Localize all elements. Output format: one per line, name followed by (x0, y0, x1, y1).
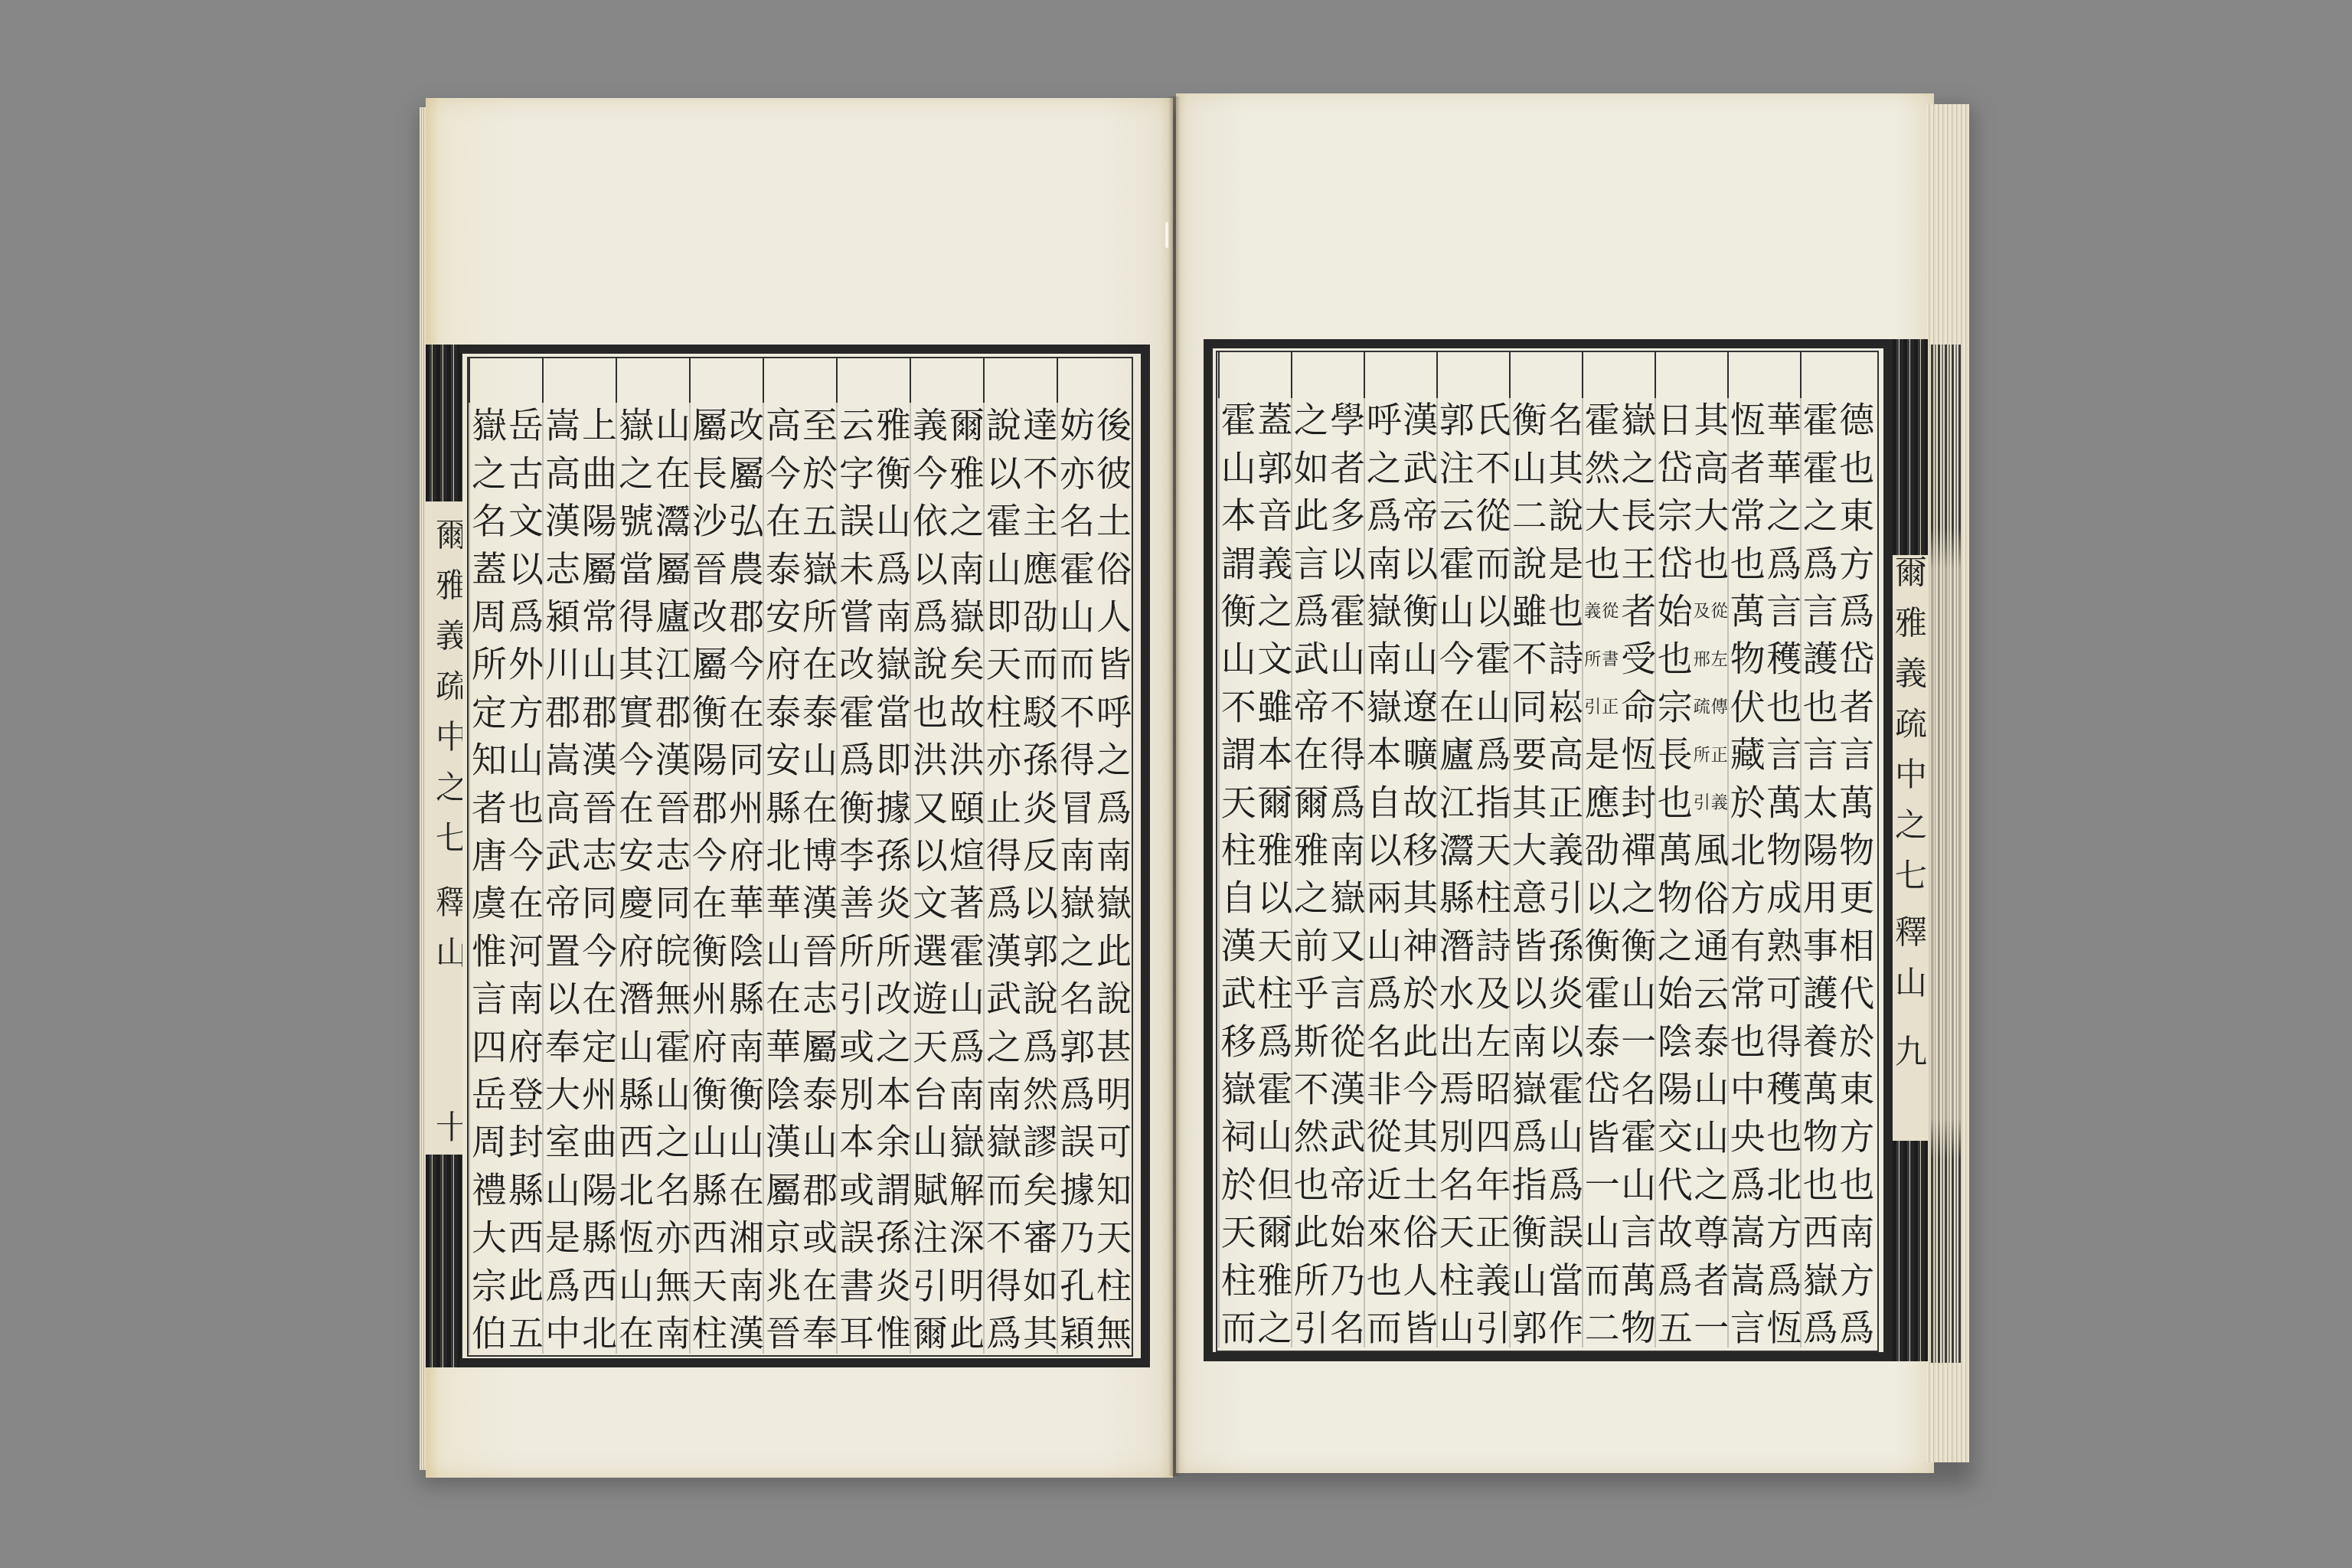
left-page-column-1: 後彼土俗人皆呼之爲南嶽此說甚明可知天柱無 (1093, 407, 1130, 1364)
fold-ink-block-top (1893, 339, 1928, 555)
left-page-column-11: 改屬弘農郡今在同州府華陰縣南衡山在湘南漢 (726, 407, 763, 1364)
right-page-column-18: 霍山本謂衡山不謂天柱自漢武移嶽祠於天柱而 (1218, 401, 1255, 1358)
right-page-column-rules-top (1218, 352, 1873, 398)
note-left-line: 及邢疏所引 (1691, 593, 1709, 831)
column-text: 嶽之號當得其實今在安慶府潛山縣西北恆山在 (616, 407, 652, 1362)
right-page-column-6: 日岱宗岱始也宗長也萬物之始陰陽交代故爲五 (1655, 401, 1691, 1358)
column-text: 華華之爲言穫也言萬物成熟可得穫也北方爲恆 (1763, 401, 1800, 1357)
fold-leaf-number: 九 (1893, 1034, 1926, 1085)
column-text: 云字誤未嘗改霍爲衡李善所引或別本或誤書耳 (836, 407, 873, 1362)
note-left-line: 義所引 (1583, 593, 1600, 736)
right-page-column-5: 其高大也 從左傳正義 及邢疏所引 風俗通云泰山山之尊者一 (1691, 401, 1728, 1358)
column-text: 衡山二說雖不同要其大意皆以南嶽爲指衡山郭 (1509, 401, 1546, 1357)
column-text-after-note: 是應劭以衡霍泰岱皆一山而二 (1582, 736, 1619, 1357)
left-page-column-18: 嶽之名蓋周所定知者唐虞惟言四岳周禮大宗伯 (469, 407, 505, 1364)
left-page-column-10: 高今在泰安府泰安縣北華山在華陰漢屬京兆晉 (763, 407, 799, 1364)
column-text: 學者多以霍山不得爲南嶽又言從漢武帝始乃名 (1327, 401, 1364, 1357)
column-text: 妨亦名霍山而不得冒南嶽之名郭爲誤據乃孔穎 (1057, 407, 1093, 1362)
fold-leaf-number: 十 (432, 1110, 462, 1161)
column-text: 山在灊屬廬江郡漢晉志同皖無霍山之名亦無南 (652, 407, 689, 1362)
right-page-column-9: 名其說是也詩崧高正義引孫炎以霍山爲誤當作 (1546, 401, 1583, 1358)
column-text: 說以霍山即天柱亦止得爲漢武之南嶽而不得爲 (983, 407, 1020, 1362)
left-page-text-columns: 後彼土俗人皆呼之爲南嶽此說甚明可知天柱無 妨亦名霍山而不得冒南嶽之名郭爲誤據乃孔… (469, 407, 1130, 1364)
fold-book-title: 爾雅義疏中之七 (432, 518, 462, 871)
left-page-column-12: 屬長沙晉改屬衡陽郡今在衡州府衡山縣西天柱 (689, 407, 726, 1364)
interlinear-note: 從書正 義所引 (1582, 593, 1618, 736)
column-text: 嶽之長王者受命恆封禪之衡山一名霍山言萬物 (1618, 401, 1655, 1357)
column-text: 德也東方爲岱者言萬物更相代於東方也南方爲 (1836, 401, 1873, 1357)
column-text: 霍山本謂衡山不謂天柱自漢武移嶽祠於天柱而 (1218, 401, 1255, 1357)
column-text: 改屬弘農郡今在同州府華陰縣南衡山在湘南漢 (726, 407, 763, 1362)
column-text: 屬長沙晉改屬衡陽郡今在衡州府衡山縣西天柱 (689, 407, 726, 1362)
column-text-after-note: 風俗通云泰山山之尊者一 (1690, 831, 1727, 1357)
column-text: 至於五嶽所在泰山在博漢晉志屬泰山郡或在奉 (799, 407, 836, 1362)
column-text: 上曲陽屬常山郡漢晉志同今在定州曲陽縣西北 (579, 407, 616, 1362)
column-text: 呼之爲南嶽南嶽本自以兩山爲名非從近來也而 (1364, 401, 1400, 1357)
column-text-before-note: 霍然大也 (1582, 401, 1619, 593)
column-text: 漢武帝以衡山遼曠故移其神於此今其土俗人皆 (1400, 401, 1436, 1357)
column-text: 高今在泰安府泰安縣北華山在華陰漢屬京兆晉 (763, 407, 799, 1362)
left-page-column-6: 義今依以爲說也洪又以文選遊天台山賦注引爾 (910, 407, 946, 1364)
right-page-column-13: 漢武帝以衡山遼曠故移其神於此今其土俗人皆 (1400, 401, 1437, 1358)
column-text-before-note: 其高大也 (1690, 401, 1727, 593)
column-text: 嵩高漢志潁川郡嵩高武帝置以奉大室山是爲中 (542, 407, 579, 1362)
right-page-column-7: 嶽之長王者受命恆封禪之衡山一名霍山言萬物 (1619, 401, 1655, 1358)
left-page-column-8: 云字誤未嘗改霍爲衡李善所引或別本或誤書耳 (836, 407, 873, 1364)
column-text: 後彼土俗人皆呼之爲南嶽此說甚明可知天柱無 (1093, 407, 1130, 1362)
column-text: 氏不從而以霍山爲指天柱詩及左昭四年正義引 (1472, 401, 1509, 1357)
interlinear-note: 從左傳正義 及邢疏所引 (1691, 593, 1727, 831)
right-page-column-16: 之如此言爲武帝在爾雅之前乎斯不然也此所引 (1291, 401, 1328, 1358)
left-page-column-15: 上曲陽屬常山郡漢晉志同今在定州曲陽縣西北 (579, 407, 616, 1364)
right-page-column-8: 霍然大也 從書正 義所引 是應劭以衡霍泰岱皆一山而二 (1582, 401, 1619, 1358)
column-text: 達不主應劭而駁孫炎反以郭說爲然謬矣審如其 (1020, 407, 1057, 1362)
left-page-column-5: 爾雅之南嶽矣故洪頤煊著霍山爲南嶽解深明此 (946, 407, 983, 1364)
fold-ink-block-bottom (1893, 1141, 1928, 1361)
right-page-column-1: 德也東方爲岱者言萬物更相代於東方也南方爲 (1837, 401, 1873, 1358)
right-page-column-10: 衡山二說雖不同要其大意皆以南嶽爲指衡山郭 (1509, 401, 1546, 1358)
book-gutter (1168, 96, 1181, 1476)
column-text: 之如此言爲武帝在爾雅之前乎斯不然也此所引 (1291, 401, 1328, 1357)
right-page-column-3: 華華之爲言穫也言萬物成熟可得穫也北方爲恆 (1764, 401, 1801, 1358)
column-text: 恆者常也萬物伏藏於北方有常也中央爲嵩嵩言 (1727, 401, 1764, 1357)
column-text: 爾雅之南嶽矣故洪頤煊著霍山爲南嶽解深明此 (946, 407, 983, 1362)
left-page-column-13: 山在灊屬廬江郡漢晉志同皖無霍山之名亦無南 (652, 407, 689, 1364)
left-page-column-4: 說以霍山即天柱亦止得爲漢武之南嶽而不得爲 (983, 407, 1020, 1364)
left-page-column-rules-top (469, 357, 1130, 403)
fold-ink-block-bottom (426, 1155, 462, 1367)
fold-ink-block-top (426, 345, 462, 501)
right-page-column-12: 郭注云霍山今在廬江灊縣潛水出焉別名天柱山 (1436, 401, 1473, 1358)
column-text: 名其說是也詩崧高正義引孫炎以霍山爲誤當作 (1545, 401, 1582, 1357)
right-page-column-2: 霍霍之爲言護也言太陽用事護養萬物也西嶽爲 (1800, 401, 1837, 1358)
column-text: 蓋郭音義之文雖本爾雅以天柱爲霍山但爾雅之 (1254, 401, 1291, 1357)
left-page-column-3: 達不主應劭而駁孫炎反以郭說爲然謬矣審如其 (1020, 407, 1057, 1364)
right-page-column-17: 蓋郭音義之文雖本爾雅以天柱爲霍山但爾雅之 (1255, 401, 1292, 1358)
left-page-column-9: 至於五嶽所在泰山在博漢晉志屬泰山郡或在奉 (799, 407, 836, 1364)
fold-section-title: 釋山 (432, 885, 462, 986)
column-text: 霍霍之爲言護也言太陽用事護養萬物也西嶽爲 (1800, 401, 1837, 1357)
column-text: 日岱宗岱始也宗長也萬物之始陰陽交代故爲五 (1655, 401, 1691, 1357)
note-right-line: 從左傳正義 (1709, 593, 1726, 831)
left-page-column-14: 嶽之號當得其實今在安慶府潛山縣西北恆山在 (616, 407, 652, 1364)
fore-edge-ink-streaks (1931, 345, 1962, 1363)
column-text: 雅衡山爲南嶽當即據孫炎所改之本余謂孫炎惟 (873, 407, 910, 1362)
left-page-column-16: 嵩高漢志潁川郡嵩高武帝置以奉大室山是爲中 (542, 407, 579, 1364)
fold-section-title: 釋山 (1893, 915, 1926, 1016)
left-page-column-2: 妨亦名霍山而不得冒南嶽之名郭爲誤據乃孔穎 (1057, 407, 1093, 1364)
right-page-column-4: 恆者常也萬物伏藏於北方有常也中央爲嵩嵩言 (1727, 401, 1764, 1358)
right-page-fold-margin: 爾雅義疏中之七 釋山 九 (1893, 339, 1928, 1361)
fold-book-title: 爾雅義疏中之七 (1893, 555, 1926, 909)
right-page-column-14: 呼之爲南嶽南嶽本自以兩山爲名非從近來也而 (1364, 401, 1400, 1358)
column-text: 義今依以爲說也洪又以文選遊天台山賦注引爾 (910, 407, 946, 1362)
column-text: 嶽之名蓋周所定知者唐虞惟言四岳周禮大宗伯 (469, 407, 505, 1362)
right-page-text-columns: 德也東方爲岱者言萬物更相代於東方也南方爲 霍霍之爲言護也言太陽用事護養萬物也西嶽… (1218, 401, 1873, 1358)
left-page-column-7: 雅衡山爲南嶽當即據孫炎所改之本余謂孫炎惟 (873, 407, 910, 1364)
column-text: 郭注云霍山今在廬江灊縣潛水出焉別名天柱山 (1436, 401, 1473, 1357)
left-page-fold-margin: 爾雅義疏中之七 釋山 十 (426, 345, 462, 1367)
right-page-column-11: 氏不從而以霍山爲指天柱詩及左昭四年正義引 (1473, 401, 1510, 1358)
right-page-column-15: 學者多以霍山不得爲南嶽又言從漢武帝始乃名 (1328, 401, 1364, 1358)
binding-thread (1165, 222, 1168, 248)
left-page-column-17: 岳古文以爲外方山也今在河南府登封縣西此五 (505, 407, 542, 1364)
column-text: 岳古文以爲外方山也今在河南府登封縣西此五 (505, 407, 542, 1362)
